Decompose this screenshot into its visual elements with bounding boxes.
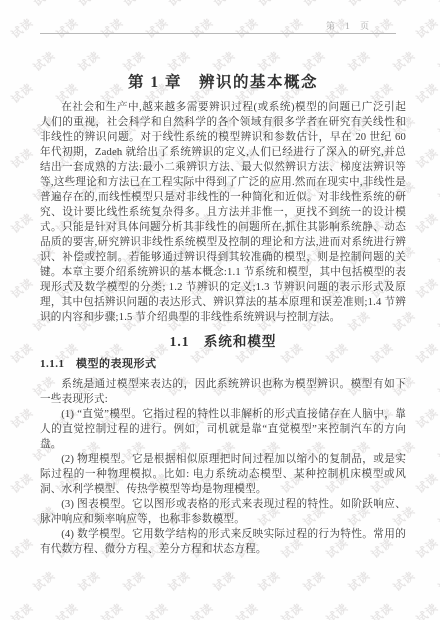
model-intro-paragraph: 系统是通过模型来表达的，因此系统辨识也称为模型辨识。模型有如下一些表现形式: (40, 377, 406, 407)
intro-paragraph: 在社会和生产中,越来越多需要辨识过程(或系统)模型的问题已广泛引起人们的重视，社… (40, 100, 406, 325)
model-forms-section: 系统是通过模型来表达的，因此系统辨识也称为模型辨识。模型有如下一些表现形式: (… (40, 377, 406, 557)
model-item-physical: (2) 物理模型。它是根据相似原理把时间过程加以缩小的复制品，或是实际过程的一种… (40, 452, 406, 497)
model-item-intuitive: (1) “直觉”模型。它指过程的特性以非解析的形式直接储存在人脑中，靠人的直觉控… (40, 407, 406, 452)
model-item-mathematical: (4) 数学模型。它用数学结构的形式来反映实际过程的行为特性。常用的有代数方程、… (40, 527, 406, 557)
page-content: 第 1 页 第 1 章 辨识的基本概念 在社会和生产中,越来越多需要辨识过程(或… (0, 0, 440, 620)
document-page: 试读试读试读试读试读试读试读试读试读试读试读试读试读试读试读试读试读试读试读试读… (0, 0, 440, 620)
section-title: 1.1 系统和模型 (40, 330, 406, 350)
header-rule (40, 33, 396, 34)
chapter-title: 第 1 章 辨识的基本概念 (40, 70, 406, 92)
page-number: 第 1 页 (326, 19, 370, 32)
subsection-title: 1.1.1 模型的表现形式 (40, 355, 406, 371)
model-item-chart: (3) 图表模型。它以图形或表格的形式来表现过程的特性。如阶跃响应、脉冲响应和频… (40, 497, 406, 527)
